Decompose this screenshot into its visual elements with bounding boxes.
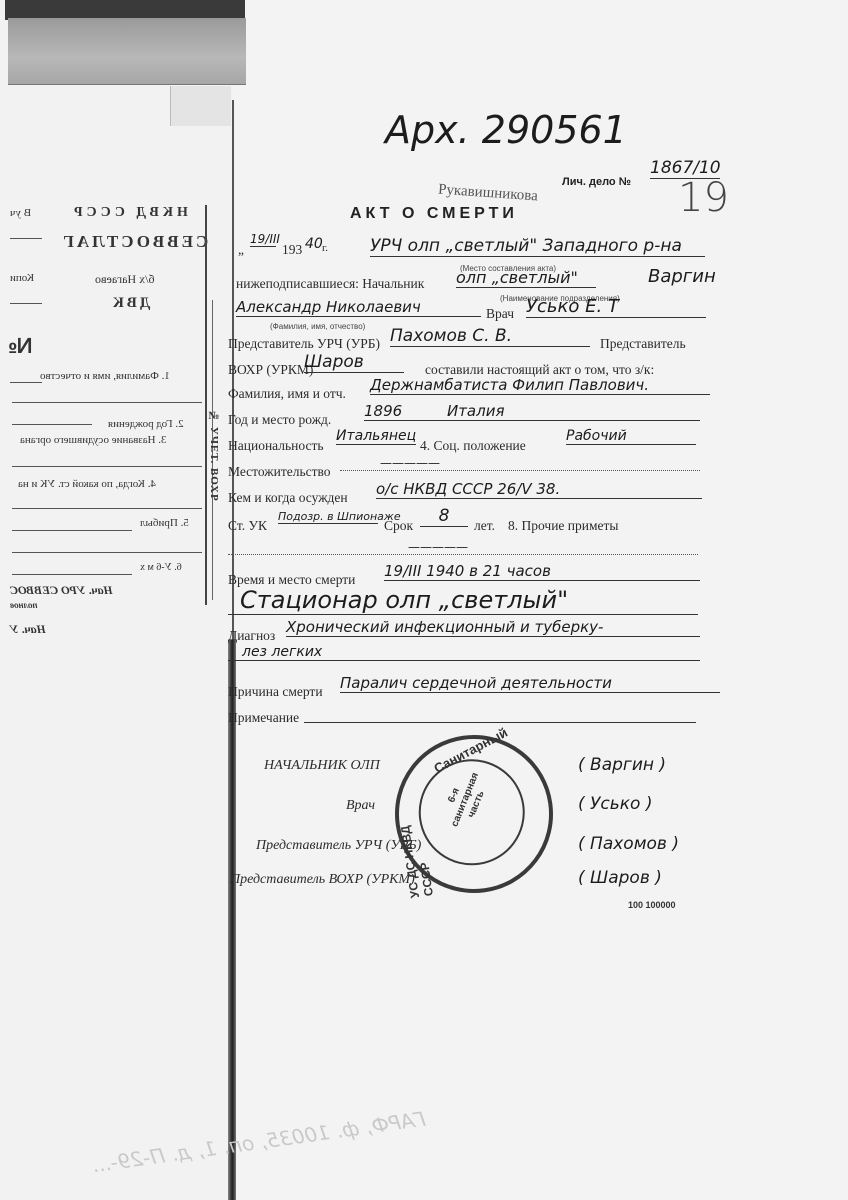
card-footer-chief: Нач. УРО СЕВВОС	[10, 583, 113, 598]
card-header-nagaevo: б/х Нагаево	[95, 272, 155, 287]
residence-value: —————	[340, 456, 700, 471]
date-year-prefix: 193	[282, 242, 302, 258]
date-day-month: 19/III	[250, 232, 276, 247]
card-rule	[12, 402, 202, 403]
card-frame-line	[205, 205, 207, 605]
convicted-label: Кем и когда осужден	[228, 490, 348, 506]
card-item-4: 4. Когда, по какой ст. УК и на	[18, 478, 156, 490]
article-label: Ст. УК	[228, 518, 267, 534]
card-top-dark-edge	[5, 0, 245, 20]
birth-year-place: 1896 Италия	[364, 402, 700, 421]
other-marks-label: 8. Прочие приметы	[508, 518, 619, 534]
card-flap	[170, 86, 231, 126]
other-marks-value: —————	[228, 540, 698, 555]
death-place-value: Стационар олп „светлый"	[228, 586, 698, 615]
vokhr-representative: Шаров	[304, 352, 404, 373]
diagnosis-line-1: Хронический инфекционный и туберку-	[286, 618, 700, 637]
card-rule	[10, 303, 42, 304]
undersigned-label: нижеподписавшиеся: Начальник	[236, 276, 424, 292]
note-label: Примечание	[228, 710, 299, 726]
card-rule	[10, 238, 42, 239]
signature-role-chief: НАЧАЛЬНИК ОЛП	[264, 758, 380, 774]
residence-label: Местожительство	[228, 464, 331, 480]
note-value	[304, 708, 696, 723]
personal-file-label: Лич. дело №	[562, 176, 631, 188]
signature-name-urch: ( Пахомов )	[578, 834, 679, 854]
signature-name-vokhr: ( Шаров )	[578, 868, 662, 888]
card-header-nkvd: НКВД СССР	[70, 205, 188, 221]
card-item-6: 6. У-6 м х	[140, 562, 182, 573]
nationality-value: Итальянец	[336, 428, 416, 445]
date-year-suffix: 40	[305, 236, 323, 252]
print-run: 100 100000	[628, 900, 676, 910]
card-footer-chief2: Нач. У	[10, 622, 46, 637]
full-name-label: Фамилия, имя и отч.	[228, 386, 346, 402]
archive-number: Арх. 290561	[385, 108, 627, 152]
card-item-2: 2. Год рождения	[108, 418, 184, 430]
card-rule	[12, 574, 132, 575]
date-open-quote: „	[238, 242, 244, 258]
card-header-sevvostlag: СЕВВОСТЛАГ	[60, 232, 208, 252]
date-year-label: г.	[322, 242, 328, 254]
article-value: Подозр. в Шпионаже	[278, 510, 378, 524]
urch-label: Представитель УРЧ (УРБ)	[228, 336, 380, 352]
card-rule	[12, 552, 202, 553]
document-title: АКТ О СМЕРТИ	[350, 205, 518, 223]
round-seal: Санитарный УС ДС НКВД СССР 6-я санитарна…	[385, 725, 563, 903]
signature-role-doctor: Врач	[346, 798, 375, 814]
signature-role-vokhr: Представитель ВОХР (УРКМ)	[230, 872, 415, 888]
signature-name-chief: ( Варгин )	[578, 755, 666, 775]
doctor-label: Врач	[486, 306, 514, 322]
card-rule	[12, 530, 132, 531]
card-rule	[12, 424, 92, 425]
name-caption: (Фамилия, имя, отчество)	[270, 322, 365, 331]
card-copy-label: Копи	[10, 272, 34, 284]
deceased-full-name: Держнамбатиста Филип Павлович.	[370, 376, 710, 395]
chief-first-patronymic: Александр Николаевич	[236, 298, 481, 317]
card-item-1: 1. Фамилия, имя и отчество	[40, 370, 170, 382]
term-label: Срок	[384, 518, 413, 534]
vokhr-label: ВОХР (УРКМ)	[228, 362, 313, 378]
signature-name-doctor: ( Усько )	[578, 794, 653, 814]
cause-label: Причина смерти	[228, 684, 323, 700]
diagnosis-line-2: лез легких	[228, 644, 700, 661]
card-item-3: 3. Название осудившего органа	[20, 434, 167, 446]
social-status-label: 4. Соц. положение	[420, 438, 526, 454]
diagnosis-label: Диагноз	[228, 628, 275, 644]
card-header-dvk: ДВК	[110, 295, 150, 312]
convicted-value: о/с НКВД СССР 26/V 38.	[376, 480, 702, 499]
signature-role-urch: Представитель УРЧ (УРБ)	[256, 838, 421, 854]
social-status-value: Рабочий	[566, 428, 696, 445]
card-top-folded-strip	[8, 18, 246, 85]
card-footer-sub: полнов	[10, 600, 37, 610]
chief-unit: олп „светлый"	[456, 268, 596, 288]
representative-label: Представитель	[600, 336, 686, 352]
card-rule	[12, 466, 202, 467]
term-unit: лет.	[474, 518, 495, 534]
term-value: 8	[420, 506, 468, 527]
death-time-value: 19/III 1940 в 21 часов	[384, 562, 700, 581]
birth-label: Год и место рожд.	[228, 412, 331, 428]
surname-stamp: Рукавишникова	[438, 182, 539, 206]
card-rule	[12, 508, 202, 509]
cause-value: Паралич сердечной деятельности	[340, 674, 720, 693]
card-header-corner: В уч	[10, 207, 31, 219]
doctor-name: Усько Е. Т	[526, 296, 706, 318]
card-number-sign: №	[8, 333, 33, 359]
page-number: 19	[678, 175, 729, 221]
card-rule	[10, 382, 42, 383]
act-place: УРЧ олп „светлый" Западного р-на	[370, 236, 705, 257]
chief-surname: Варгин	[648, 266, 716, 287]
card-item-5: 5. Прибыл	[140, 517, 189, 529]
urch-representative: Пахомов С. В.	[390, 326, 590, 347]
nationality-label: Национальность	[228, 438, 324, 454]
